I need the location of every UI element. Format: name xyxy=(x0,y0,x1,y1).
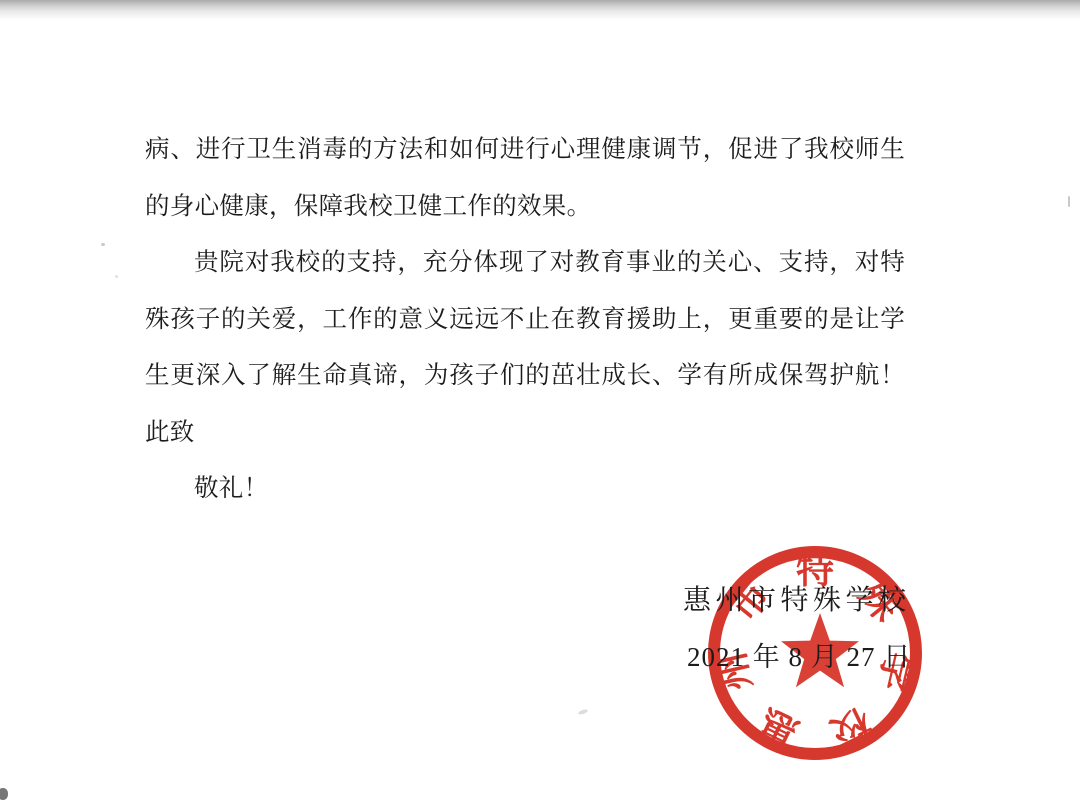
scan-speck xyxy=(115,275,118,278)
signature-date: 2021 年 8 月 27 日 xyxy=(687,644,911,671)
scan-speck xyxy=(101,243,105,246)
seal-char-1: 惠 xyxy=(751,699,805,754)
scan-speck xyxy=(0,788,8,800)
scan-speck xyxy=(578,709,589,716)
letter-line-2: 的身心健康，保障我校卫健工作的效果。 xyxy=(145,179,905,236)
letter-closing-jingli: 敬礼！ xyxy=(145,461,905,518)
letter-line-1: 病、进行卫生消毒的方法和如何进行心理健康调节，促进了我校师生 xyxy=(145,122,905,179)
scan-speck xyxy=(1068,196,1070,207)
letter-closing-cizhi: 此致 xyxy=(145,405,905,462)
scan-edge-artifact xyxy=(0,0,1080,20)
letter-line-5: 生更深入了解生命真谛，为孩子们的茁壮成长、学有所成保驾护航！ xyxy=(145,348,905,405)
signature-school-name: 惠州市特殊学校 xyxy=(683,587,911,615)
scanned-letter-page: 病、进行卫生消毒的方法和如何进行心理健康调节，促进了我校师生 的身心健康，保障我… xyxy=(0,0,1080,809)
seal-char-7: 校 xyxy=(824,699,877,754)
letter-body: 病、进行卫生消毒的方法和如何进行心理健康调节，促进了我校师生 的身心健康，保障我… xyxy=(145,122,905,518)
letter-line-3: 贵院对我校的支持，充分体现了对教育事业的关心、支持，对特 xyxy=(145,235,905,292)
letter-line-4: 殊孩子的关爱，工作的意义远远不止在教育援助上，更重要的是让学 xyxy=(145,292,905,349)
